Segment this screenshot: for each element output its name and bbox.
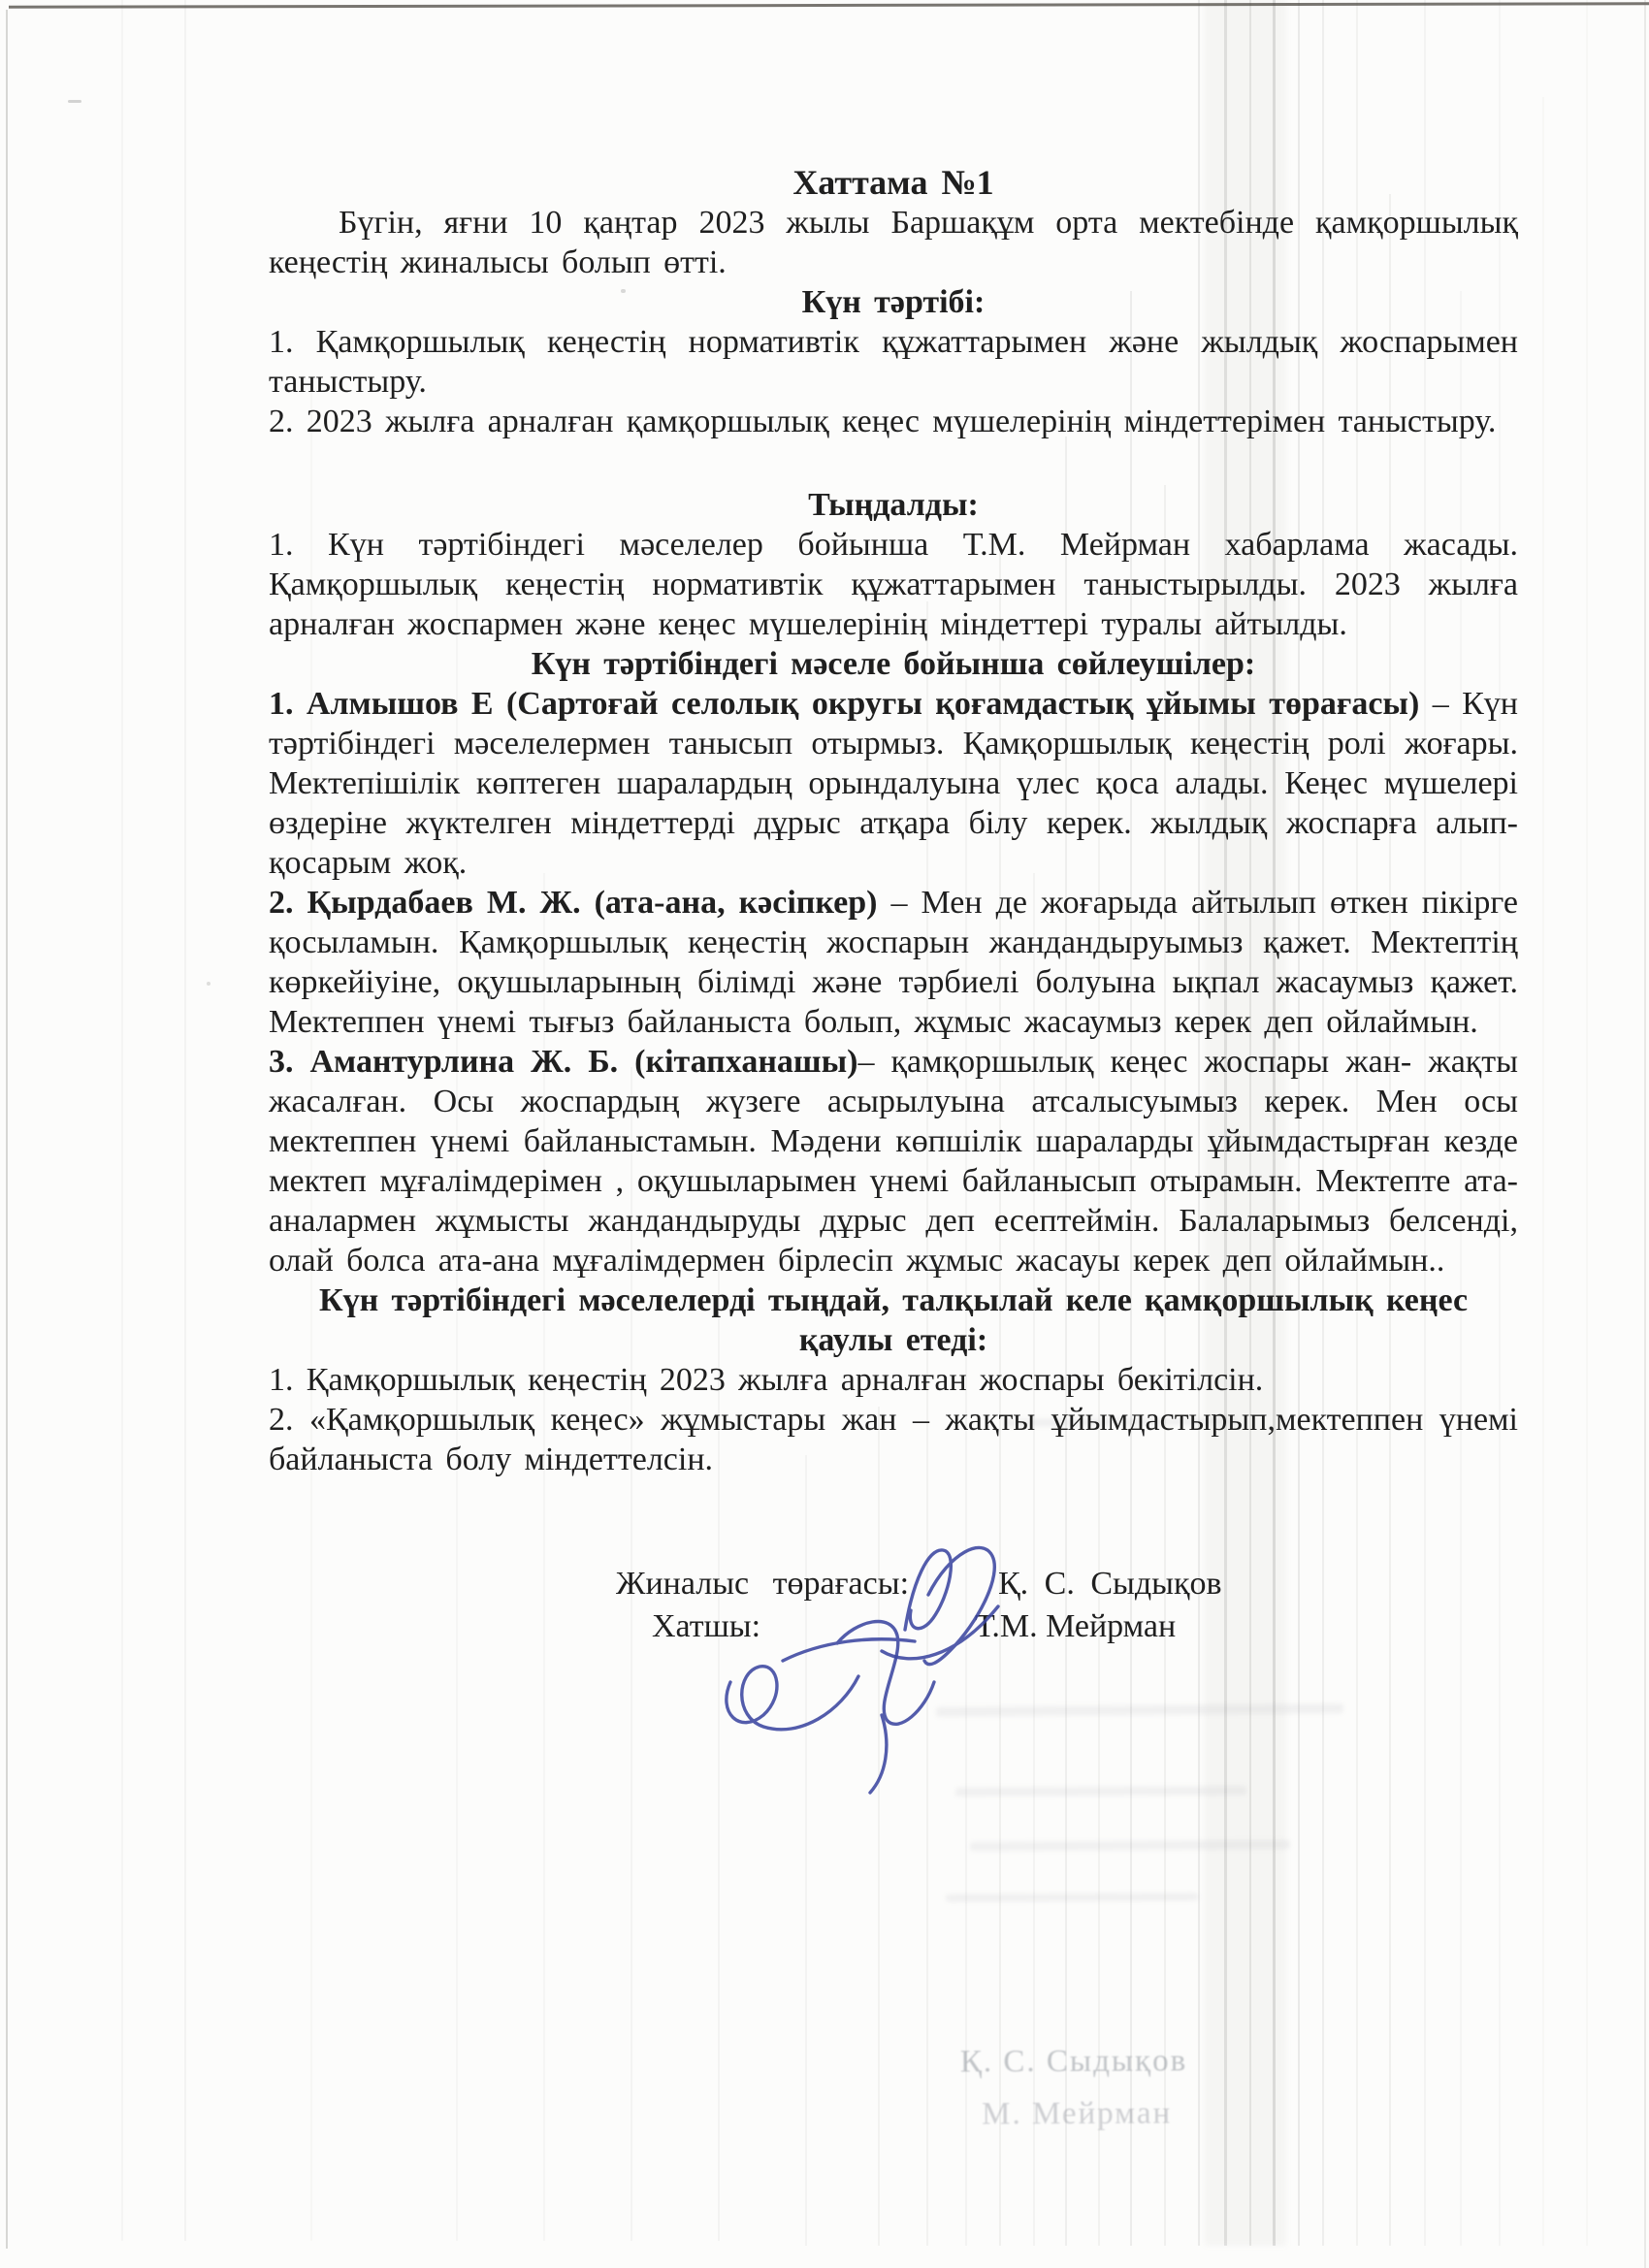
scan-left-edge — [6, 10, 8, 2249]
bleedthrough-name-1: Қ. С. Сыдықов — [960, 2034, 1188, 2088]
speaker-paragraph: 2. Қырдабаев М. Ж. (ата-ана, кәсіпкер) –… — [269, 883, 1518, 1042]
speakers-heading: Күн тәртібіндегі мәселе бойынша сөйлеуші… — [269, 644, 1518, 684]
agenda-item: 2. 2023 жылға арналған қамқоршылық кеңес… — [269, 402, 1518, 441]
agenda-item: 1. Қамқоршылық кеңестің нормативтік құжа… — [269, 322, 1518, 402]
scan-top-edge — [9, 2, 1649, 9]
signature-block: Жиналыс төрағасы: Қ. С. Сыдықов Хатшы: Т… — [269, 1564, 1518, 1797]
scan-streak — [121, 0, 123, 2241]
document-body: Хаттама №1 Бүгін, яғни 10 қаңтар 2023 жы… — [269, 163, 1518, 1479]
resolution-heading: Күн тәртібіндегі мәселелерді тыңдай, тал… — [269, 1280, 1518, 1360]
scanned-document-page: Хаттама №1 Бүгін, яғни 10 қаңтар 2023 жы… — [0, 0, 1649, 2268]
scan-streak — [184, 0, 186, 2241]
scan-right-edge — [1644, 0, 1646, 2268]
signatures-ink — [637, 1506, 1316, 1797]
speaker-paragraph: 1. Алмышов Е (Сартоғай селолық округы қо… — [269, 684, 1518, 883]
speaker-paragraph: 3. Амантурлина Ж. Б. (кітапханашы)– қамқ… — [269, 1042, 1518, 1280]
blank-gap — [269, 441, 1518, 485]
secretary-signature — [727, 1622, 934, 1793]
bleedthrough-text: Қ. С. Сыдықов М. Мейрман — [960, 2034, 1188, 2140]
heard-heading: Тыңдалды: — [269, 485, 1518, 525]
document-title: Хаттама №1 — [269, 163, 1518, 203]
scan-streak — [1542, 97, 1544, 2246]
speaker-name: 3. Амантурлина Ж. Б. (кітапханашы) — [269, 1044, 858, 1080]
scan-speck — [68, 100, 81, 103]
intro-paragraph: Бүгін, яғни 10 қаңтар 2023 жылы Баршақұм… — [269, 203, 1518, 282]
resolution-item: 1. Қамқоршылық кеңестің 2023 жылға арнал… — [269, 1360, 1518, 1400]
bleedthrough-smudge — [946, 1893, 1198, 1901]
speaker-name: 2. Қырдабаев М. Ж. (ата-ана, кәсіпкер) — [269, 885, 877, 921]
heard-paragraph: 1. Күн тәртібіндегі мәселелер бойынша Т.… — [269, 525, 1518, 644]
resolution-item: 2. «Қамқоршылық кеңес» жұмыстары жан – ж… — [269, 1400, 1518, 1479]
agenda-heading: Күн тәртібі: — [269, 282, 1518, 322]
bleedthrough-name-2: М. Мейрман — [982, 2087, 1188, 2140]
speaker-name: 1. Алмышов Е (Сартоғай селолық округы қо… — [269, 686, 1419, 722]
scan-speck — [207, 982, 210, 986]
scan-streak — [1586, 0, 1588, 2246]
